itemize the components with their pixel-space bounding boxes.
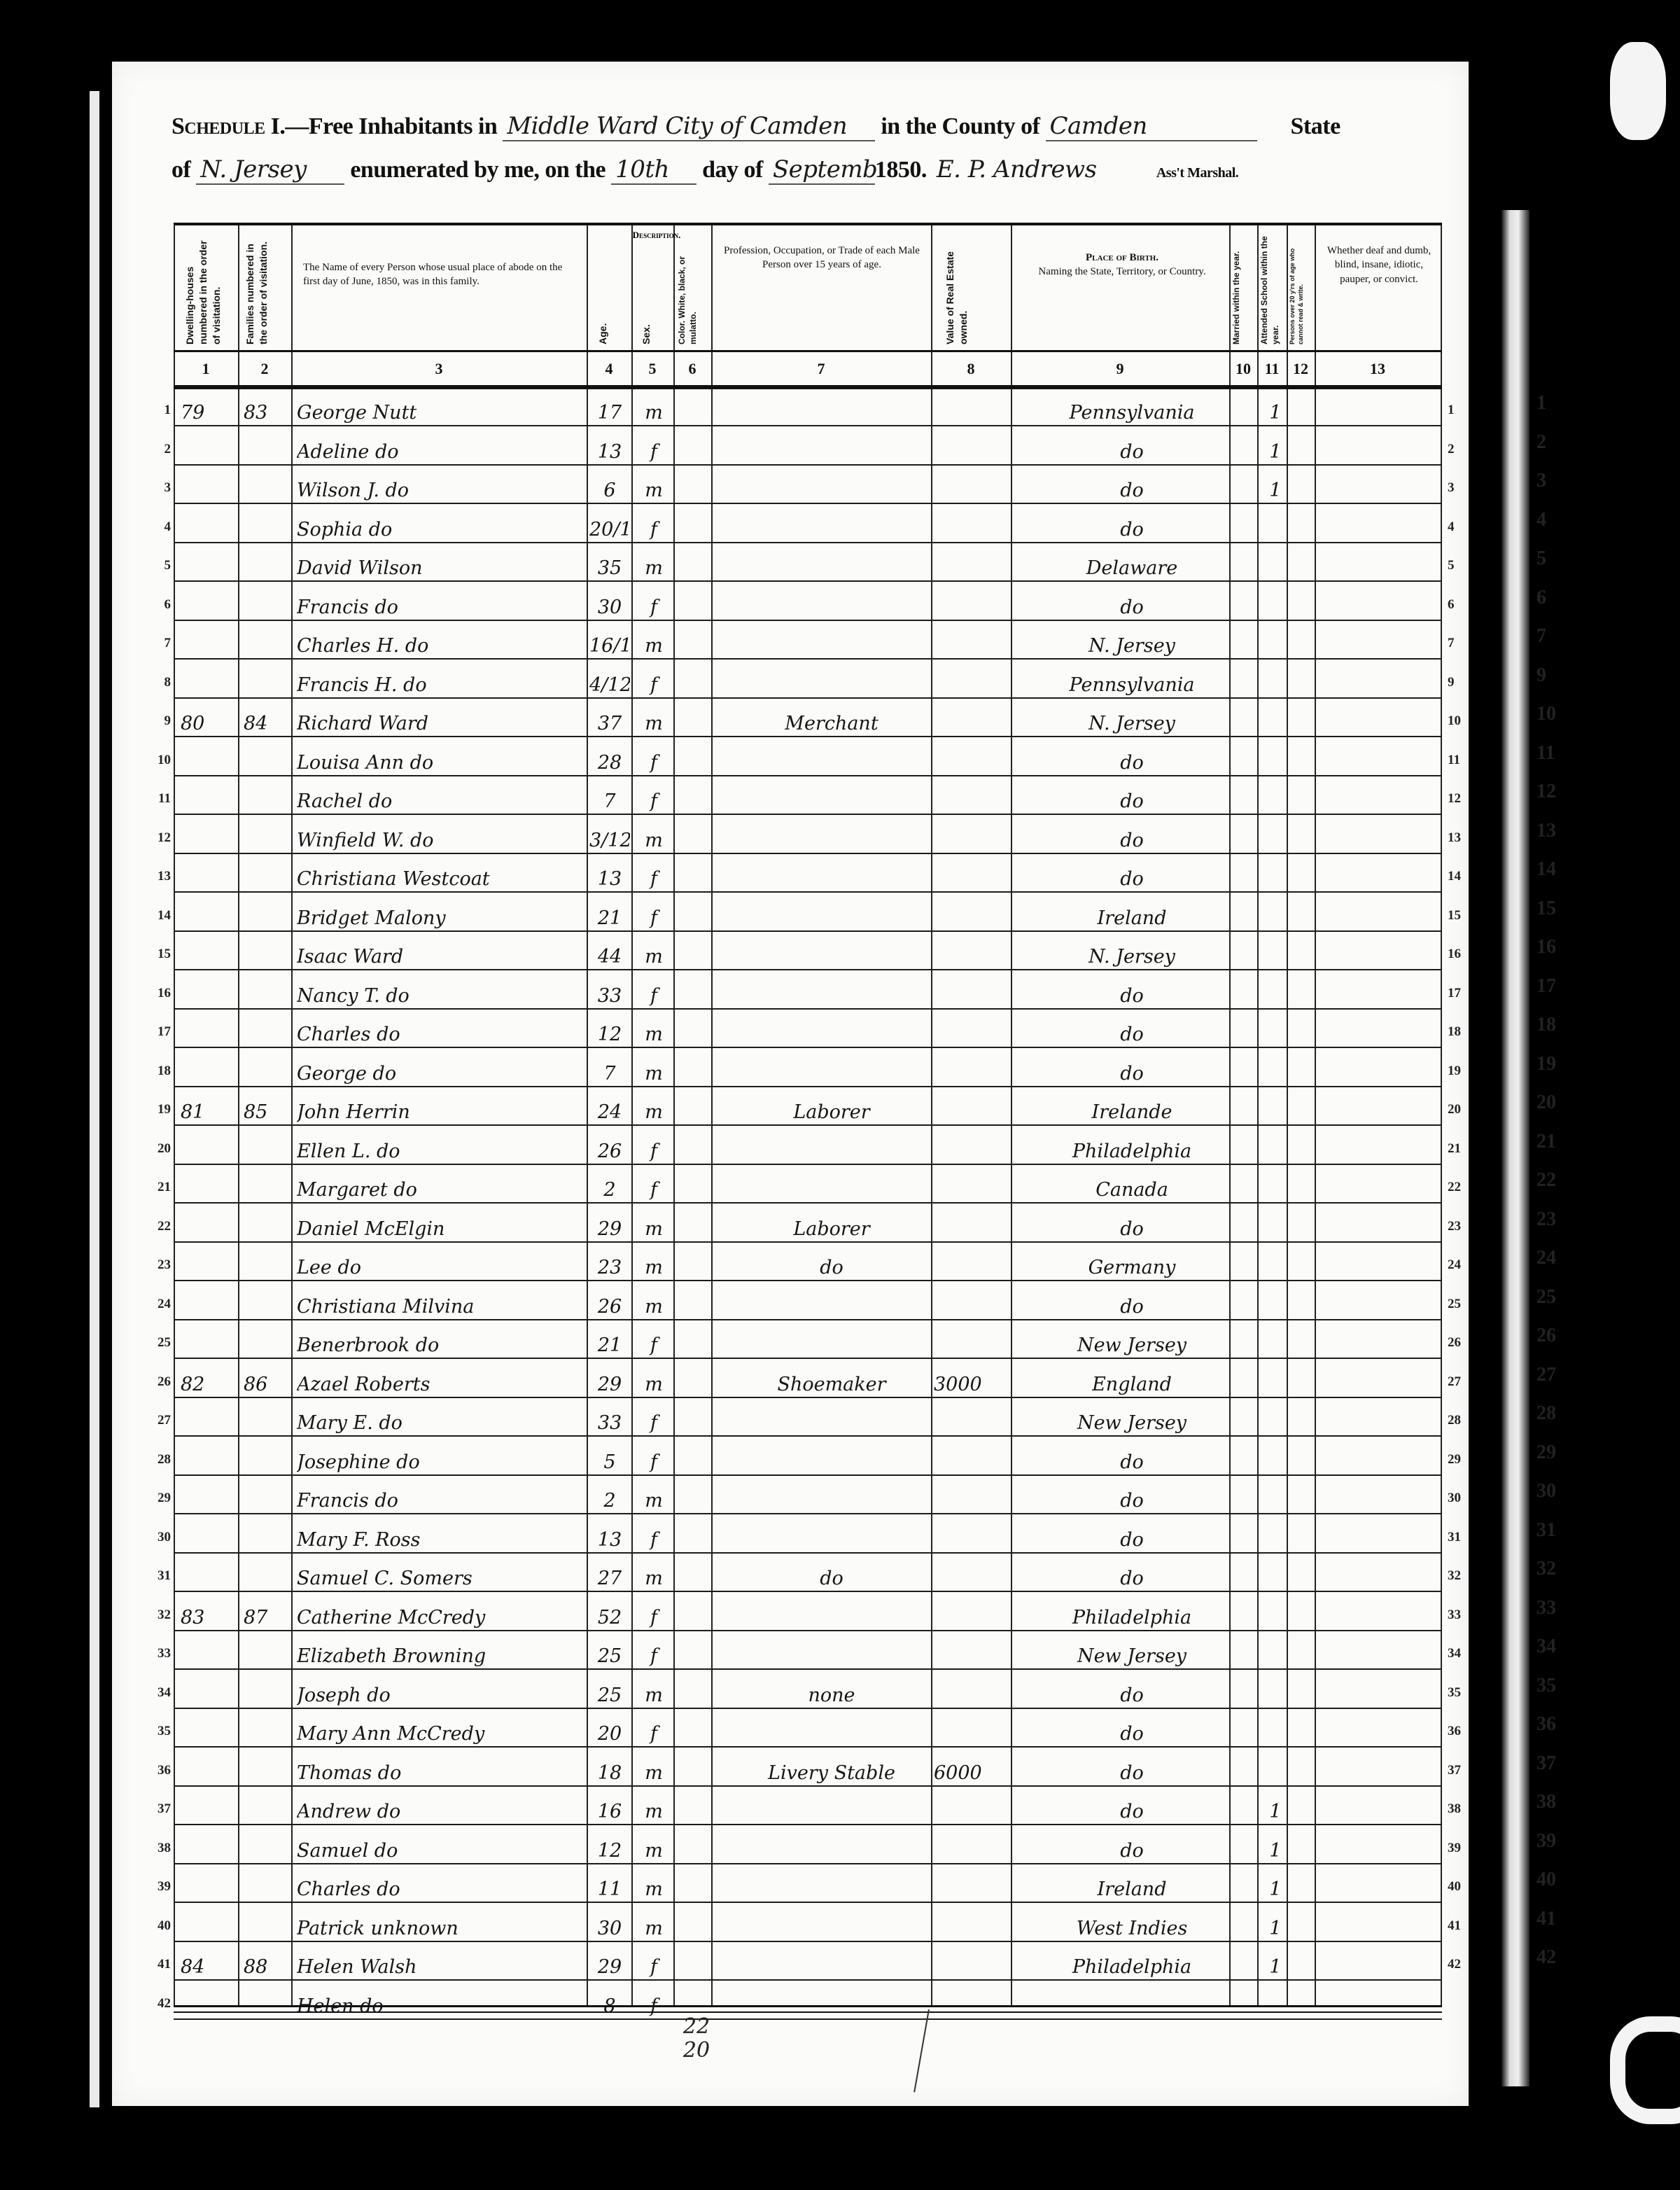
form-title-line: Schedule I.—Free Inhabitants in Middle W… bbox=[171, 112, 1340, 141]
adjacent-line-number: 31 bbox=[1536, 1519, 1556, 1542]
real-estate-value: 6000 bbox=[934, 1762, 1009, 1784]
table-row: 30Mary F. Ross13fdo31 bbox=[174, 1515, 1442, 1554]
birthplace-value: do bbox=[1035, 1063, 1229, 1084]
colnum-5: 5 bbox=[631, 353, 673, 385]
table-row: 21Margaret do2fCanada22 bbox=[174, 1165, 1442, 1204]
age-value: 16/12 bbox=[589, 635, 630, 657]
sex-value: f bbox=[636, 1529, 672, 1551]
adjacent-line-number: 30 bbox=[1536, 1480, 1556, 1502]
adjacent-line-number: 22 bbox=[1536, 1169, 1556, 1192]
person-name: Helen Walsh bbox=[297, 1956, 585, 1978]
age-value: 25 bbox=[589, 1685, 630, 1706]
occupation-value: Livery Stable bbox=[734, 1762, 930, 1784]
sex-value: m bbox=[636, 1801, 672, 1822]
line-number: 21 bbox=[151, 1180, 171, 1195]
colnum-2: 2 bbox=[238, 353, 291, 385]
sex-value: m bbox=[636, 1878, 672, 1900]
adjacent-line-number: 39 bbox=[1536, 1830, 1556, 1853]
table-row: 17Charles do12mdo18 bbox=[174, 1010, 1442, 1048]
adjacent-line-number: 33 bbox=[1536, 1597, 1556, 1619]
person-name: Nancy T. do bbox=[297, 985, 585, 1007]
state-label: State bbox=[1291, 113, 1340, 139]
line-number: 42 bbox=[151, 1996, 171, 2011]
birthplace-value: do bbox=[1035, 1218, 1229, 1240]
adjacent-line-number: 32 bbox=[1536, 1558, 1556, 1580]
age-value: 13 bbox=[589, 1529, 630, 1551]
age-value: 23 bbox=[589, 1257, 630, 1278]
sex-value: f bbox=[636, 868, 672, 890]
line-number: 3 bbox=[151, 480, 171, 496]
person-name: Thomas do bbox=[297, 1762, 585, 1784]
line-number: 30 bbox=[151, 1530, 171, 1545]
colnum-3: 3 bbox=[291, 353, 587, 385]
line-number-right: 30 bbox=[1448, 1491, 1476, 1506]
sex-value: m bbox=[636, 1024, 672, 1045]
sex-value: f bbox=[636, 1956, 672, 1978]
header-occupation: Profession, Occupation, or Trade of each… bbox=[718, 244, 925, 272]
table-row: 10Louisa Ann do28fdo11 bbox=[174, 738, 1442, 776]
line-number-right: 42 bbox=[1448, 1957, 1476, 1972]
sex-value: m bbox=[636, 830, 672, 851]
table-row: 13Christiana Westcoat13fdo14 bbox=[174, 854, 1442, 893]
adjacent-line-number: 4 bbox=[1536, 509, 1546, 531]
sex-value: f bbox=[636, 752, 672, 774]
family-number: 86 bbox=[244, 1374, 290, 1395]
table-row: 268286Azael Roberts29mShoemaker3000Engla… bbox=[174, 1360, 1442, 1398]
adjacent-line-number: 28 bbox=[1536, 1402, 1556, 1425]
birthplace-value: do bbox=[1035, 1685, 1229, 1706]
family-number: 88 bbox=[244, 1956, 290, 1978]
person-name: Patrick unknown bbox=[297, 1918, 585, 1939]
line-number-right: 11 bbox=[1448, 753, 1476, 768]
of-label: of bbox=[171, 157, 190, 183]
age-value: 30 bbox=[589, 1918, 630, 1939]
family-number: 83 bbox=[244, 402, 290, 424]
header-name: The Name of every Person whose usual pla… bbox=[303, 260, 576, 289]
line-number-right: 35 bbox=[1448, 1685, 1476, 1701]
adjacent-line-number: 41 bbox=[1536, 1908, 1556, 1930]
place-of-birth-title: Place of Birth. bbox=[1021, 251, 1224, 265]
dwelling-number: 82 bbox=[181, 1374, 235, 1395]
sex-value: f bbox=[636, 1645, 672, 1667]
line-number-right: 15 bbox=[1448, 908, 1476, 923]
line-number-right: 33 bbox=[1448, 1607, 1476, 1623]
table-row: 31Samuel C. Somers27mdodo32 bbox=[174, 1554, 1442, 1592]
person-name: Francis do bbox=[297, 1490, 585, 1512]
line-number: 15 bbox=[151, 947, 171, 962]
header-dwelling: Dwelling-houses numbered in the order of… bbox=[183, 232, 232, 344]
line-number: 35 bbox=[151, 1724, 171, 1739]
adjacent-line-number: 24 bbox=[1536, 1247, 1556, 1269]
line-number: 18 bbox=[151, 1063, 171, 1079]
adjacent-line-number: 9 bbox=[1536, 664, 1546, 687]
scan-artifact bbox=[1610, 42, 1666, 140]
age-value: 29 bbox=[589, 1374, 630, 1395]
age-value: 20 bbox=[589, 1723, 630, 1745]
person-name: Bridget Malony bbox=[297, 907, 585, 929]
table-row: 29Francis do2mdo30 bbox=[174, 1476, 1442, 1514]
adjacent-line-number: 34 bbox=[1536, 1635, 1556, 1658]
birthplace-value: do bbox=[1035, 1529, 1229, 1551]
schedule-label: Schedule I. bbox=[171, 113, 285, 139]
line-number: 31 bbox=[151, 1568, 171, 1584]
adjacent-line-number: 11 bbox=[1536, 742, 1555, 765]
adjacent-line-number: 3 bbox=[1536, 470, 1546, 492]
line-number: 9 bbox=[151, 713, 171, 729]
table-row: 24Christiana Milvina26mdo25 bbox=[174, 1282, 1442, 1320]
age-value: 29 bbox=[589, 1956, 630, 1978]
age-value: 27 bbox=[589, 1568, 630, 1589]
birthplace-value: Delaware bbox=[1035, 557, 1229, 579]
line-number-right: 27 bbox=[1448, 1374, 1476, 1390]
table-row: 198185John Herrin24mLaborerIrelande20 bbox=[174, 1087, 1442, 1126]
age-value: 4/12 bbox=[589, 674, 630, 696]
table-row: 2Adeline do13fdo12 bbox=[174, 427, 1442, 466]
family-number: 85 bbox=[244, 1101, 290, 1123]
person-name: Adeline do bbox=[297, 441, 585, 463]
age-value: 33 bbox=[589, 985, 630, 1007]
birthplace-value: do bbox=[1035, 1568, 1229, 1589]
birthplace-value: New Jersey bbox=[1035, 1334, 1229, 1356]
marshal-label: Ass't Marshal. bbox=[1156, 165, 1238, 181]
line-number-right: 38 bbox=[1448, 1801, 1476, 1817]
line-number: 20 bbox=[151, 1141, 171, 1157]
sex-value: f bbox=[636, 1607, 672, 1628]
birthplace-value: New Jersey bbox=[1035, 1412, 1229, 1434]
birthplace-value: do bbox=[1035, 597, 1229, 618]
line-number: 16 bbox=[151, 986, 171, 1001]
age-value: 25 bbox=[589, 1645, 630, 1667]
header-rule bbox=[174, 350, 1442, 352]
line-number-right: 16 bbox=[1448, 947, 1476, 962]
table-row: 37Andrew do16mdo138 bbox=[174, 1787, 1442, 1825]
sex-value: f bbox=[636, 907, 672, 929]
dwelling-number: 80 bbox=[181, 713, 235, 734]
table-row: 14Bridget Malony21fIreland15 bbox=[174, 893, 1442, 932]
age-value: 16 bbox=[589, 1801, 630, 1822]
sex-value: m bbox=[636, 1918, 672, 1939]
state-field: N. Jersey bbox=[196, 155, 344, 185]
sex-value: m bbox=[636, 635, 672, 657]
line-number: 37 bbox=[151, 1801, 171, 1817]
person-name: Elizabeth Browning bbox=[297, 1645, 585, 1667]
person-name: Joseph do bbox=[297, 1685, 585, 1706]
line-number-right: 34 bbox=[1448, 1646, 1476, 1661]
adjacent-line-number: 10 bbox=[1536, 703, 1556, 725]
table-row: 6Francis do30fdo6 bbox=[174, 583, 1442, 621]
person-name: Margaret do bbox=[297, 1179, 585, 1201]
table-row: 12Winfield W. do3/12mdo13 bbox=[174, 816, 1442, 854]
line-number: 38 bbox=[151, 1841, 171, 1856]
age-value: 13 bbox=[589, 441, 630, 463]
sex-value: f bbox=[636, 1141, 672, 1162]
person-name: Richard Ward bbox=[297, 713, 585, 734]
header-family: Families numbered in the order of visita… bbox=[244, 232, 288, 344]
person-name: Christiana Milvina bbox=[297, 1296, 585, 1318]
line-number: 36 bbox=[151, 1763, 171, 1778]
line-number: 26 bbox=[151, 1374, 171, 1390]
adjacent-line-number: 37 bbox=[1536, 1752, 1556, 1775]
adjacent-line-number: 14 bbox=[1536, 858, 1556, 881]
year-label: 1850. bbox=[875, 157, 927, 183]
table-row: 418488Helen Walsh29fPhiladelphia142 bbox=[174, 1942, 1442, 1981]
table-row: 20Ellen L. do26fPhiladelphia21 bbox=[174, 1127, 1442, 1165]
age-value: 37 bbox=[589, 713, 630, 734]
table-row: 38Samuel do12mdo139 bbox=[174, 1826, 1442, 1864]
birthplace-value: Philadelphia bbox=[1035, 1607, 1229, 1628]
table-row: 17983George Nutt17mPennsylvania11 bbox=[174, 388, 1442, 426]
county-field: Camden bbox=[1046, 112, 1257, 141]
colnum-4: 4 bbox=[587, 353, 631, 385]
age-value: 13 bbox=[589, 868, 630, 890]
table-row: 18George do7mdo19 bbox=[174, 1049, 1442, 1087]
header-cannot-read: Persons over 20 y'rs of age who cannot r… bbox=[1288, 232, 1313, 344]
line-number-right: 9 bbox=[1448, 675, 1476, 690]
person-name: Benerbrook do bbox=[297, 1334, 585, 1356]
person-name: Mary F. Ross bbox=[297, 1529, 585, 1551]
table-row: 33Elizabeth Browning25fNew Jersey34 bbox=[174, 1631, 1442, 1670]
row-rule bbox=[174, 2018, 1442, 2020]
line-number: 12 bbox=[151, 830, 171, 846]
person-name: Daniel McElgin bbox=[297, 1218, 585, 1240]
line-number: 29 bbox=[151, 1491, 171, 1506]
table-row: 25Benerbrook do21fNew Jersey26 bbox=[174, 1320, 1442, 1359]
colnum-11: 11 bbox=[1257, 353, 1287, 385]
line-number-right: 21 bbox=[1448, 1141, 1476, 1157]
person-name: John Herrin bbox=[297, 1101, 585, 1123]
line-number: 23 bbox=[151, 1257, 171, 1273]
line-number-right: 12 bbox=[1448, 791, 1476, 807]
table-row: 98084Richard Ward37mMerchantN. Jersey10 bbox=[174, 699, 1442, 737]
scan-artifact bbox=[1610, 2016, 1680, 2124]
sex-value: m bbox=[636, 1490, 672, 1512]
sex-value: f bbox=[636, 1451, 672, 1473]
footer-tally: 22 20 bbox=[668, 2015, 724, 2063]
birthplace-value: Ireland bbox=[1035, 907, 1229, 929]
person-name: Samuel C. Somers bbox=[297, 1568, 585, 1589]
sex-value: m bbox=[636, 1101, 672, 1123]
adjacent-line-number: 16 bbox=[1536, 936, 1556, 958]
birthplace-value: N. Jersey bbox=[1035, 713, 1229, 734]
table-row: 39Charles do11mIreland140 bbox=[174, 1864, 1442, 1903]
school-mark: 1 bbox=[1266, 1840, 1285, 1862]
line-number: 4 bbox=[151, 519, 171, 535]
colnum-13: 13 bbox=[1315, 353, 1441, 385]
sex-value: m bbox=[636, 1296, 672, 1318]
table-row: 22Daniel McElgin29mLaborerdo23 bbox=[174, 1204, 1442, 1243]
age-value: 33 bbox=[589, 1412, 630, 1434]
table-row: 27Mary E. do33fNew Jersey28 bbox=[174, 1398, 1442, 1437]
month-field: Septemb bbox=[769, 155, 875, 185]
adjacent-line-number: 19 bbox=[1536, 1053, 1556, 1075]
person-name: George Nutt bbox=[297, 402, 585, 424]
birthplace-value: Irelande bbox=[1035, 1101, 1229, 1123]
table-row: 11Rachel do7fdo12 bbox=[174, 776, 1442, 815]
birthplace-value: do bbox=[1035, 441, 1229, 463]
dwelling-number: 79 bbox=[181, 402, 235, 424]
sex-value: m bbox=[636, 1257, 672, 1278]
birthplace-value: England bbox=[1035, 1374, 1229, 1395]
dwelling-number: 84 bbox=[181, 1956, 235, 1978]
line-number: 10 bbox=[151, 753, 171, 768]
line-number-right: 40 bbox=[1448, 1879, 1476, 1895]
table-row: 34Joseph do25mnonedo35 bbox=[174, 1671, 1442, 1709]
line-number: 24 bbox=[151, 1297, 171, 1312]
table-row: 3Wilson J. do6mdo13 bbox=[174, 466, 1442, 504]
adjacent-line-number: 5 bbox=[1536, 547, 1546, 570]
adjacent-line-number: 18 bbox=[1536, 1014, 1556, 1036]
sex-value: m bbox=[636, 946, 672, 968]
birthplace-value: Ireland bbox=[1035, 1878, 1229, 1900]
colnum-12: 12 bbox=[1287, 353, 1315, 385]
form-enumeration-line: of N. Jersey enumerated by me, on the 10… bbox=[171, 155, 1238, 185]
person-name: Andrew do bbox=[297, 1801, 585, 1822]
marshal-signature: E. P. Andrews bbox=[932, 155, 1151, 183]
real-estate-value: 3000 bbox=[934, 1374, 1009, 1395]
person-name: Isaac Ward bbox=[297, 946, 585, 968]
line-number-right: 5 bbox=[1448, 558, 1476, 573]
age-value: 2 bbox=[589, 1179, 630, 1201]
birthplace-value: do bbox=[1035, 985, 1229, 1007]
age-value: 12 bbox=[589, 1840, 630, 1862]
enumerated-label: enumerated by me, on the bbox=[350, 157, 605, 183]
birthplace-value: Philadelphia bbox=[1035, 1956, 1229, 1978]
person-name: Christiana Westcoat bbox=[297, 868, 585, 890]
line-number-right: 39 bbox=[1448, 1841, 1476, 1856]
adjacent-line-number: 40 bbox=[1536, 1869, 1556, 1891]
header-age: Age. bbox=[596, 302, 624, 344]
line-number-right: 17 bbox=[1448, 986, 1476, 1001]
line-number: 14 bbox=[151, 908, 171, 923]
sex-value: f bbox=[636, 1179, 672, 1201]
adjacent-line-number: 29 bbox=[1536, 1442, 1556, 1464]
line-number: 5 bbox=[151, 558, 171, 573]
dwelling-number: 83 bbox=[181, 1607, 235, 1628]
occupation-value: Laborer bbox=[734, 1101, 930, 1123]
adjacent-line-number: 21 bbox=[1536, 1131, 1556, 1153]
birthplace-value: N. Jersey bbox=[1035, 635, 1229, 657]
line-number: 28 bbox=[151, 1452, 171, 1467]
adjacent-line-number: 6 bbox=[1536, 587, 1546, 609]
person-name: Charles H. do bbox=[297, 635, 585, 657]
birthplace-value: New Jersey bbox=[1035, 1645, 1229, 1667]
sex-value: m bbox=[636, 1685, 672, 1706]
person-name: Mary Ann McCredy bbox=[297, 1723, 585, 1745]
sex-value: f bbox=[636, 1334, 672, 1356]
line-number-right: 24 bbox=[1448, 1257, 1476, 1273]
line-number: 2 bbox=[151, 442, 171, 457]
adjacent-line-number: 25 bbox=[1536, 1286, 1556, 1309]
adjacent-line-number: 12 bbox=[1536, 781, 1556, 803]
occupation-value: Shoemaker bbox=[734, 1374, 930, 1395]
school-mark: 1 bbox=[1266, 441, 1285, 463]
line-number-right: 20 bbox=[1448, 1102, 1476, 1117]
person-name: Azael Roberts bbox=[297, 1374, 585, 1395]
sex-value: m bbox=[636, 1762, 672, 1784]
line-number: 39 bbox=[151, 1879, 171, 1895]
age-value: 20/12 bbox=[589, 519, 630, 540]
age-value: 52 bbox=[589, 1607, 630, 1628]
person-name: Lee do bbox=[297, 1257, 585, 1278]
adjacent-line-number: 38 bbox=[1536, 1791, 1556, 1813]
adjacent-line-number: 42 bbox=[1536, 1946, 1556, 1969]
table-row: 23Lee do23mdoGermany24 bbox=[174, 1243, 1442, 1281]
birthplace-value: Pennsylvania bbox=[1035, 402, 1229, 424]
day-of-label: day of bbox=[702, 157, 763, 183]
birthplace-value: do bbox=[1035, 1451, 1229, 1473]
age-value: 7 bbox=[589, 1063, 630, 1084]
table-row: 15Isaac Ward44mN. Jersey16 bbox=[174, 932, 1442, 970]
age-value: 5 bbox=[589, 1451, 630, 1473]
line-number: 25 bbox=[151, 1335, 171, 1351]
colnum-6: 6 bbox=[673, 353, 711, 385]
occupation-value: Laborer bbox=[734, 1218, 930, 1240]
title-prefix: —Free Inhabitants in bbox=[285, 113, 497, 139]
colnum-1: 1 bbox=[174, 353, 238, 385]
sex-value: f bbox=[636, 985, 672, 1007]
adjacent-line-number: 36 bbox=[1536, 1713, 1556, 1736]
adjacent-line-number: 23 bbox=[1536, 1208, 1556, 1231]
sex-value: m bbox=[636, 402, 672, 424]
line-number-right: 22 bbox=[1448, 1180, 1476, 1195]
adjacent-line-number: 26 bbox=[1536, 1325, 1556, 1347]
birthplace-value: do bbox=[1035, 868, 1229, 890]
line-number-right: 25 bbox=[1448, 1297, 1476, 1312]
family-number: 84 bbox=[244, 713, 290, 734]
table-row: 36Thomas do18mLivery Stable6000do37 bbox=[174, 1748, 1442, 1787]
birthplace-value: West Indies bbox=[1035, 1918, 1229, 1939]
header-infirmity: Whether deaf and dumb, blind, insane, id… bbox=[1322, 244, 1436, 286]
line-number-right: 26 bbox=[1448, 1335, 1476, 1351]
location-field: Middle Ward City of Camden bbox=[503, 112, 875, 141]
table-row: 42Helen do8f bbox=[174, 1981, 1442, 2020]
person-name: David Wilson bbox=[297, 557, 585, 579]
sex-value: m bbox=[636, 1374, 672, 1395]
line-number: 7 bbox=[151, 636, 171, 651]
line-number: 13 bbox=[151, 869, 171, 884]
person-name: Wilson J. do bbox=[297, 480, 585, 501]
age-value: 44 bbox=[589, 946, 630, 968]
birthplace-value: do bbox=[1035, 752, 1229, 774]
birthplace-value: do bbox=[1035, 830, 1229, 851]
adjacent-page-line-numbers: 1234567910111213141516171819202122232425… bbox=[1536, 392, 1553, 2002]
colnum-8: 8 bbox=[931, 353, 1011, 385]
school-mark: 1 bbox=[1266, 480, 1285, 501]
line-number-right: 18 bbox=[1448, 1024, 1476, 1040]
birthplace-value: do bbox=[1035, 1490, 1229, 1512]
occupation-value: none bbox=[734, 1685, 930, 1706]
sex-value: f bbox=[636, 597, 672, 618]
occupation-value: do bbox=[734, 1257, 930, 1278]
person-name: Rachel do bbox=[297, 790, 585, 812]
age-value: 17 bbox=[589, 402, 630, 424]
adjacent-page-edge bbox=[1501, 210, 1529, 2086]
birthplace-value: Canada bbox=[1035, 1179, 1229, 1201]
birthplace-value: do bbox=[1035, 519, 1229, 540]
adjacent-line-number: 27 bbox=[1536, 1364, 1556, 1386]
line-number-right: 13 bbox=[1448, 830, 1476, 846]
dwelling-number: 81 bbox=[181, 1101, 235, 1123]
line-number-right: 4 bbox=[1448, 519, 1476, 535]
table-row: 328387Catherine McCredy52fPhiladelphia33 bbox=[174, 1593, 1442, 1631]
line-number-right: 41 bbox=[1448, 1918, 1476, 1934]
line-number: 41 bbox=[151, 1957, 171, 1972]
line-number-right: 6 bbox=[1448, 597, 1476, 613]
line-number: 1 bbox=[151, 403, 171, 418]
sex-value: f bbox=[636, 441, 672, 463]
adjacent-line-number: 20 bbox=[1536, 1091, 1556, 1114]
line-number: 34 bbox=[151, 1685, 171, 1701]
